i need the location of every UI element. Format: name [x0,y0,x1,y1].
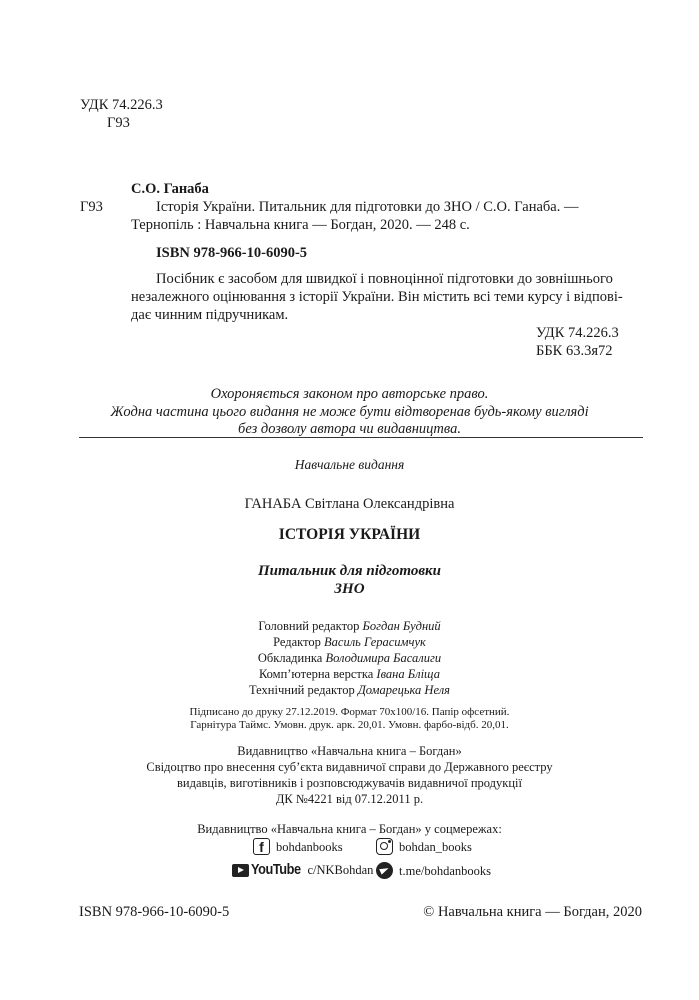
book-title: ІСТОРІЯ УКРАЇНИ [0,525,699,544]
instagram-handle[interactable]: bohdan_books [399,839,472,855]
divider [79,437,643,438]
annotation-line-1: Посібник є засобом для швидкої і повноці… [156,270,613,288]
copyright-notice-line-2: Жодна частина цього видання не може бути… [0,403,699,421]
publisher-line-1: Видавництво «Навчальна книга – Богдан» [0,743,699,759]
udk-code: УДК 74.226.3 [536,324,619,342]
footer-isbn: ISBN 978-966-10-6090-5 [79,903,229,921]
bib-line-1: Історія України. Питальник для підготовк… [156,198,578,216]
author-short: С.О. Ганаба [131,180,209,198]
copyright-notice-line-1: Охороняється законом про авторське право… [0,385,699,403]
publisher-line-2: Свідоцтво про внесення суб’єкта видавнич… [0,759,699,775]
bbk-code: ББК 63.3я72 [536,342,613,360]
youtube-handle[interactable]: c/NKBohdan [307,862,373,878]
book-subtitle-2: ЗНО [0,580,699,599]
footer-copyright: © Навчальна книга — Богдан, 2020 [423,903,642,921]
print-info-line-1: Підписано до друку 27.12.2019. Формат 70… [0,705,699,719]
social-youtube[interactable]: YouTube c/NKBohdan [232,862,373,878]
youtube-play-icon [232,864,249,877]
classification-code: Г93 [80,198,103,216]
author-full-name: ГАНАБА Світлана Олександрівна [0,495,699,513]
copyright-notice-line-3: без дозволу автора чи видавництва. [0,420,699,438]
credit-editor: Редактор Василь Герасимчук [0,634,699,650]
facebook-icon: f [253,838,270,855]
edition-type: Навчальне видання [0,456,699,473]
youtube-icon: YouTube [232,862,309,878]
telegram-handle[interactable]: t.me/bohdanbooks [399,863,491,879]
credit-chief-editor: Головний редактор Богдан Будний [0,618,699,634]
youtube-wordmark: YouTube [251,862,301,878]
credit-tech-editor: Технічний редактор Домарецька Неля [0,682,699,698]
publisher-line-3: видавців, виготівників і розповсюджувачі… [0,775,699,791]
credit-layout: Комп’ютерна верстка Івана Бліща [0,666,699,682]
social-instagram[interactable]: bohdan_books [376,838,472,855]
annotation-line-2: незалежного оцінювання з історії України… [131,288,623,306]
instagram-icon [376,838,393,855]
social-facebook[interactable]: f bohdanbooks [253,838,343,855]
credit-cover: Обкладинка Володимира Басалиги [0,650,699,666]
social-heading: Видавництво «Навчальна книга – Богдан» у… [0,821,699,837]
social-telegram[interactable]: t.me/bohdanbooks [376,862,491,879]
facebook-handle[interactable]: bohdanbooks [276,839,343,855]
bib-line-2: Тернопіль : Навчальна книга — Богдан, 20… [131,216,470,234]
udk-code-top: УДК 74.226.3 [80,96,163,114]
book-subtitle-1: Питальник для підготовки [0,562,699,581]
telegram-icon [376,862,393,879]
publisher-line-4: ДК №4221 від 07.12.2011 р. [0,791,699,807]
annotation-line-3: дає чинним підручникам. [131,306,288,324]
classification-code-top: Г93 [107,114,130,132]
credits-list: Головний редактор Богдан Будний Редактор… [0,618,699,698]
isbn-bold: ISBN 978-966-10-6090-5 [156,244,307,262]
print-info-line-2: Гарнітура Таймс. Умовн. друк. арк. 20,01… [0,718,699,732]
